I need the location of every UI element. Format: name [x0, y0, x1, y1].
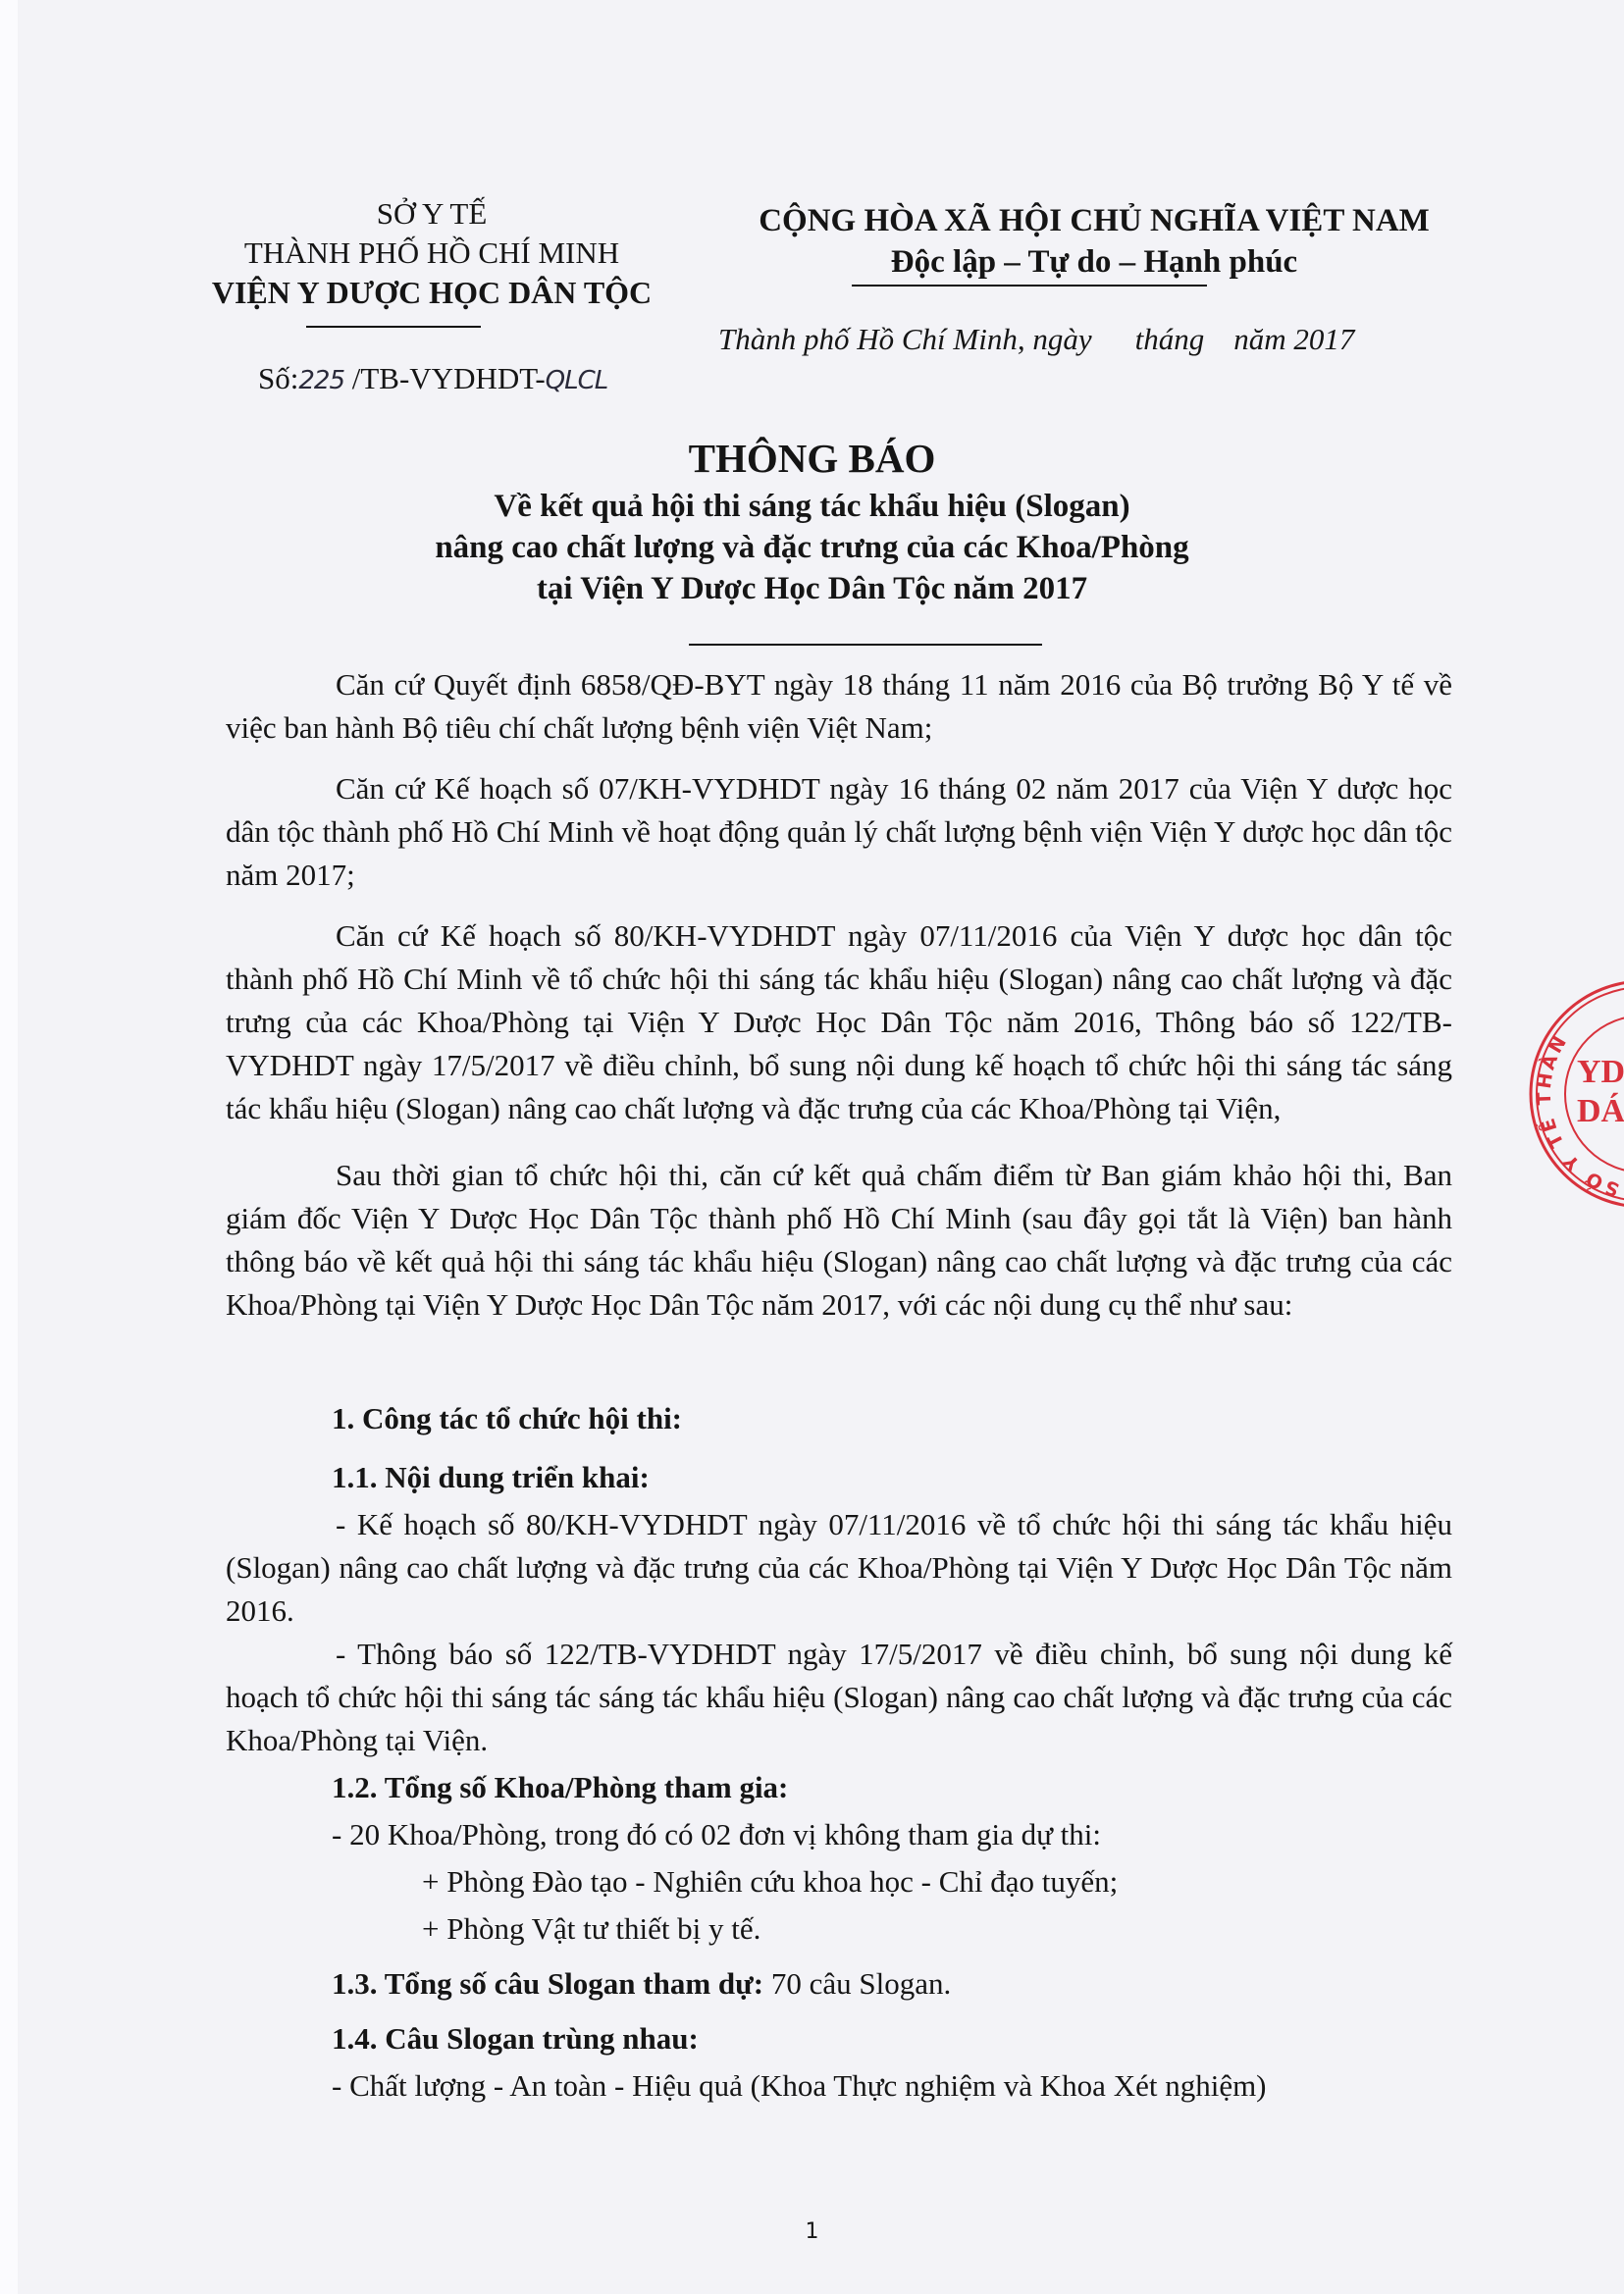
preamble-paragraph-2: Căn cứ Kế hoạch số 07/KH-VYDHDT ngày 16 … [226, 767, 1452, 897]
section-1-4-item-1: - Chất lượng - An toàn - Hiệu quả (Khoa … [332, 2064, 1267, 2108]
date-month: tháng [1135, 322, 1205, 356]
date-line: Thành phố Hồ Chí Minh, ngàythángnăm 2017 [718, 322, 1354, 357]
document-subtitle-1: Về kết quả hội thi sáng tác khẩu hiệu (S… [0, 489, 1624, 525]
national-title: CỘNG HÒA XÃ HỘI CHỦ NGHĨA VIỆT NAM [707, 200, 1482, 241]
document-number: Số:225 /TB-VYDHDT-QLCL [258, 361, 607, 396]
section-1-2-summary: - 20 Khoa/Phòng, trong đó có 02 đơn vị k… [332, 1813, 1101, 1856]
page-number: 1 [0, 2219, 1624, 2244]
title-divider [689, 644, 1042, 646]
motto-underline [852, 285, 1207, 287]
section-1-2-heading: 1.2. Tổng số Khoa/Phòng tham gia: [332, 1766, 788, 1809]
stamp-inner-line2: DÁ [1577, 1093, 1624, 1129]
section-1-2-subitem-1: + Phòng Đào tạo - Nghiên cứu khoa học - … [422, 1860, 1118, 1903]
document-subtitle-2: nâng cao chất lượng và đặc trưng của các… [0, 530, 1624, 566]
header-left-underline [306, 326, 481, 328]
national-motto: Độc lập – Tự do – Hạnh phúc [707, 241, 1482, 283]
preamble-paragraph-1: Căn cứ Quyết định 6858/QĐ-BYT ngày 18 th… [226, 663, 1452, 750]
section-1-4-heading: 1.4. Câu Slogan trùng nhau: [332, 2017, 699, 2060]
section-1-3-heading: 1.3. Tổng số câu Slogan tham dự: [332, 1966, 763, 2001]
section-1-3-value: 70 câu Slogan. [763, 1966, 951, 2001]
agency-name-line1: SỞ Y TẾ [167, 194, 697, 233]
doc-number-handwritten: 225 [298, 366, 344, 395]
date-place: Thành phố Hồ Chí Minh, ngày [718, 322, 1092, 356]
preamble-paragraph-3: Căn cứ Kế hoạch số 80/KH-VYDHDT ngày 07/… [226, 914, 1452, 1130]
preamble-paragraph-4: Sau thời gian tổ chức hội thi, căn cứ kế… [226, 1154, 1452, 1327]
scan-margin [0, 0, 18, 2294]
section-1-1-item-2: - Thông báo số 122/TB-VYDHDT ngày 17/5/2… [226, 1633, 1452, 1762]
document-subtitle-3: tại Viện Y Dược Học Dân Tộc năm 2017 [0, 571, 1624, 607]
document-title: THÔNG BÁO [0, 435, 1624, 482]
official-stamp-icon: SỞ Y TẾ THÀN YD DÁ [1516, 976, 1624, 1212]
section-1-1-heading: 1.1. Nội dung triển khai: [332, 1456, 650, 1499]
section-1-heading: 1. Công tác tổ chức hội thi: [332, 1397, 682, 1440]
doc-number-suffix-handwritten: QLCL [546, 366, 608, 395]
doc-number-code: /TB-VYDHDT- [352, 361, 546, 395]
section-1-3-line: 1.3. Tổng số câu Slogan tham dự: 70 câu … [332, 1962, 951, 2006]
agency-name-line2: THÀNH PHỐ HỒ CHÍ MINH [167, 234, 697, 272]
section-1-1-item-1: - Kế hoạch số 80/KH-VYDHDT ngày 07/11/20… [226, 1503, 1452, 1633]
stamp-inner-line1: YD [1577, 1054, 1624, 1090]
doc-number-prefix: Số: [258, 361, 298, 395]
institute-name: VIỆN Y DƯỢC HỌC DÂN TỘC [167, 274, 697, 312]
section-1-2-subitem-2: + Phòng Vật tư thiết bị y tế. [422, 1907, 760, 1951]
date-year: năm 2017 [1233, 322, 1354, 356]
